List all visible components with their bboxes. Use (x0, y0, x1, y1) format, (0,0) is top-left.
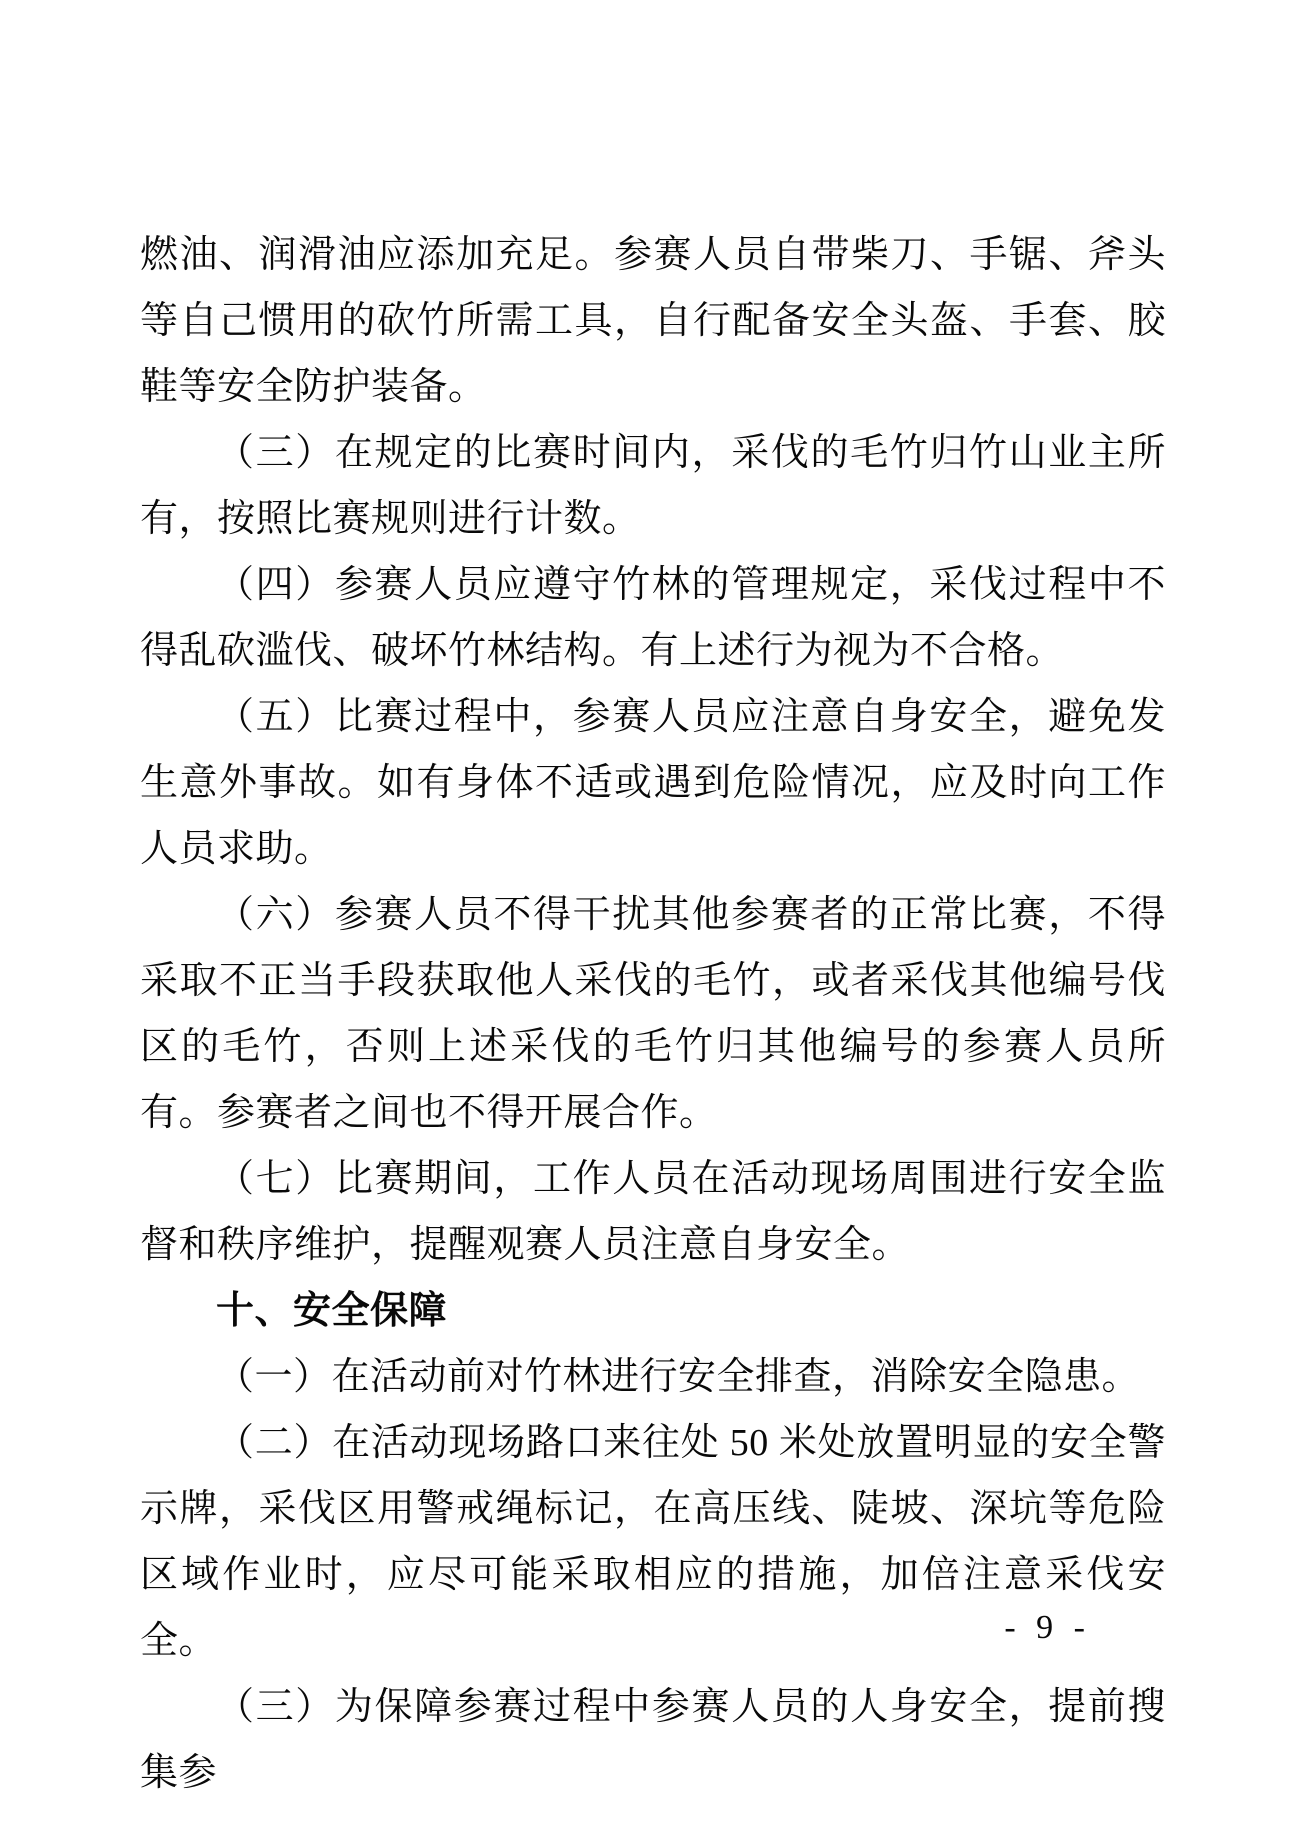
paragraph-item-5: （五）比赛过程中，参赛人员应注意自身安全，避免发生意外事故。如有身体不适或遇到危… (140, 684, 1166, 882)
section-heading-safety: 十、安全保障 (140, 1278, 1166, 1344)
paragraph-safety-3: （三）为保障参赛过程中参赛人员的人身安全，提前搜集参 (140, 1674, 1166, 1806)
paragraph-item-7: （七）比赛期间，工作人员在活动现场周围进行安全监督和秩序维护，提醒观赛人员注意自… (140, 1146, 1166, 1278)
page-number: - 9 - (1004, 1606, 1091, 1650)
document-page: 燃油、润滑油应添加充足。参赛人员自带柴刀、手锯、斧头等自己惯用的砍竹所需工具，自… (0, 0, 1303, 1844)
paragraph-item-3: （三）在规定的比赛时间内，采伐的毛竹归竹山业主所有，按照比赛规则进行计数。 (140, 420, 1166, 552)
document-body: 燃油、润滑油应添加充足。参赛人员自带柴刀、手锯、斧头等自己惯用的砍竹所需工具，自… (140, 222, 1166, 1806)
paragraph-continuation: 燃油、润滑油应添加充足。参赛人员自带柴刀、手锯、斧头等自己惯用的砍竹所需工具，自… (140, 222, 1166, 420)
paragraph-safety-1: （一）在活动前对竹林进行安全排查，消除安全隐患。 (140, 1344, 1166, 1410)
paragraph-item-6: （六）参赛人员不得干扰其他参赛者的正常比赛，不得采取不正当手段获取他人采伐的毛竹… (140, 882, 1166, 1146)
paragraph-item-4: （四）参赛人员应遵守竹林的管理规定，采伐过程中不得乱砍滥伐、破坏竹林结构。有上述… (140, 552, 1166, 684)
